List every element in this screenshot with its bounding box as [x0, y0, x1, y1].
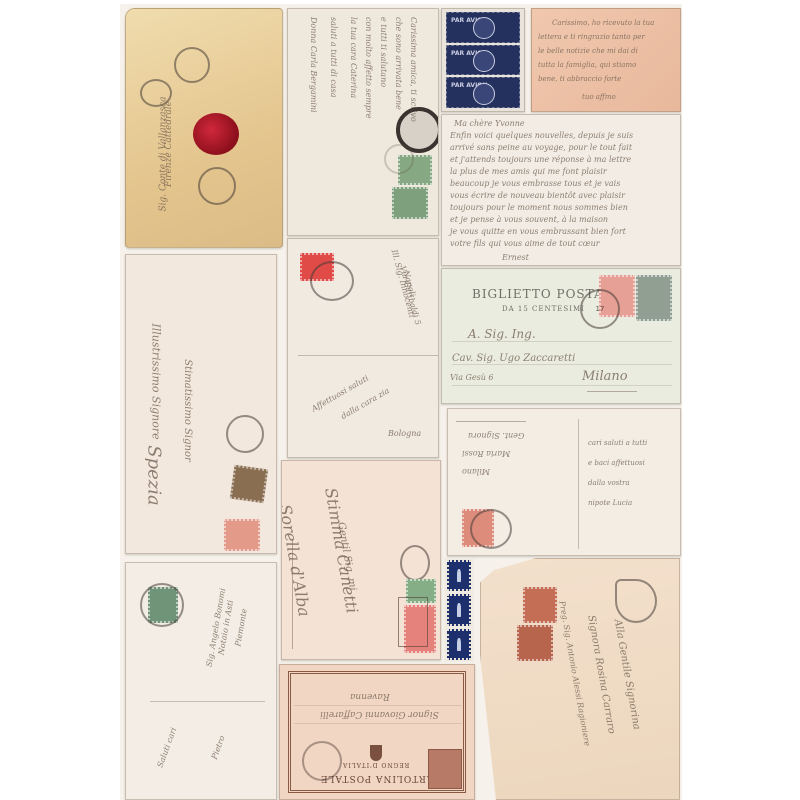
postcard-pink-stamp: Gent. Signora Maria Rossi Milano cari sa… — [447, 408, 681, 556]
card-subtitle: REGNO D'ITALIA — [342, 761, 409, 768]
orange-stamp — [517, 625, 553, 661]
handwriting: la plus de mes amis qui me font plaisir — [450, 167, 607, 176]
handwriting: Bologna — [388, 429, 421, 438]
handwriting: Ravenna — [350, 691, 390, 701]
brown-stamp — [428, 749, 462, 789]
handwriting: Alla Gentile Signorina — [612, 618, 642, 730]
address-line — [294, 723, 462, 724]
postmark — [400, 545, 430, 581]
handwriting: Milano — [462, 467, 490, 476]
blue-stamps-strip — [444, 558, 474, 662]
address-line — [452, 341, 672, 342]
globe-icon — [473, 17, 495, 39]
orange-stamp — [523, 587, 557, 623]
biglietto-postale: BIGLIETTO POSTALE DA 15 CENTESIMI 17 A. … — [441, 268, 681, 404]
handwritten-address: Stimatissimo Signor — [182, 359, 193, 462]
envelope-wax-seal: Sig. Conte di Vallanzasca Firenze Catted… — [125, 8, 283, 248]
card-divider — [298, 355, 438, 356]
postmark — [384, 144, 414, 174]
handwriting: Donna Carla Bergamini — [309, 17, 318, 113]
handwriting: Pietro — [210, 734, 227, 760]
handwriting: beaucoup je vous embrasse tous et je vai… — [450, 179, 620, 188]
handwriting: toujours pour le moment nous sommes bien — [450, 203, 628, 212]
card-divider — [578, 419, 579, 549]
handwriting: con molto affetto sempre — [364, 17, 373, 119]
blue-stamp — [447, 594, 471, 625]
blue-stamp — [447, 629, 471, 660]
handwriting: vous écrire de nouveau bientôt avec plai… — [450, 191, 625, 200]
address-line — [294, 705, 462, 706]
par-avion-label: PAR AVION — [446, 45, 520, 76]
coat-of-arms-icon — [370, 745, 382, 761]
handwriting: cari saluti a tutti — [588, 439, 647, 447]
card-divider — [150, 701, 265, 702]
brown-stamp — [230, 465, 268, 503]
postmark — [615, 579, 657, 623]
handwriting: Signor Giovanni Caffarelli — [320, 709, 439, 719]
address-line — [452, 364, 672, 365]
postmark — [198, 167, 236, 205]
address-line — [456, 421, 526, 422]
cancel-box — [398, 597, 428, 647]
globe-icon — [473, 50, 495, 72]
postmark — [470, 509, 512, 549]
postmark — [302, 741, 342, 781]
handwriting: Cav. Sig. Ugo Zaccaretti — [452, 353, 575, 364]
handwriting: e tutti ti salutano — [379, 17, 388, 87]
green-stamp — [636, 275, 672, 321]
handwriting: tutta la famiglia, qui stiamo — [538, 61, 636, 69]
envelope-orange-stamps: Preg. Sig. Antonio Alessi Ragioniere Sig… — [480, 558, 680, 800]
underline — [587, 391, 637, 392]
handwriting: Piemonte — [233, 608, 248, 647]
card-title: CARTOLINA POSTALE — [320, 773, 441, 783]
handwriting: et j'attends toujours une réponse à ma l… — [450, 155, 631, 164]
postcard-green-stamp: Sig. Angelo Bonomi Notaio in Asti Piemon… — [125, 562, 277, 800]
handwriting: Via Gesù 6 — [450, 373, 494, 382]
pink-postcard: Carissimo, ho ricevuto la tua lettera e … — [531, 8, 681, 112]
calligraphy-address: Sorella d'Alba — [281, 503, 314, 618]
handwriting: le belle notizie che mi dai di — [538, 47, 638, 55]
handwriting: lettera e ti ringrazio tanto per — [538, 33, 645, 41]
handwritten-address: Illustrissimo Signore — [150, 323, 163, 439]
postmark: 17 — [580, 289, 620, 329]
handwriting: tuo affmo — [582, 93, 616, 101]
postcard-red-stamp: Ill. Sig. Innocenti Via Garibaldi 5 Napo… — [287, 238, 439, 458]
handwritten-address: Firenze Cattedrale — [164, 101, 174, 187]
par-avion-label: PAR AVION — [446, 12, 520, 43]
cartolina-postale: CARTOLINA POSTALE REGNO D'ITALIA Signor … — [279, 664, 475, 800]
handwriting: nipote Lucia — [588, 499, 632, 507]
green-stamp — [392, 187, 428, 219]
postmark — [226, 415, 264, 453]
pink-stamp — [224, 519, 260, 551]
handwriting: votre fils qui vous aime de tout cœur — [450, 239, 600, 248]
underline — [292, 539, 293, 649]
par-avion-label: PAR AVION — [446, 77, 520, 108]
wax-seal-icon — [193, 113, 239, 155]
handwriting: bene, ti abbraccio forte — [538, 75, 621, 83]
envelope-brown-pink-stamps: Illustrissimo Signore Stimatissimo Signo… — [125, 254, 277, 554]
handwriting: je vous quitte en vous embrassant bien f… — [450, 227, 626, 236]
postmark — [174, 47, 210, 83]
handwriting: la tua cara Caterina — [349, 17, 358, 98]
handwriting: A. Sig. Ing. — [468, 327, 536, 341]
letter-salutation: Ma chère Yvonne — [454, 119, 525, 128]
collage-background: Sig. Conte di Vallanzasca Firenze Catted… — [120, 4, 682, 800]
envelope-green-red-stamps: Stimma Canetti Sorella d'Alba Gentil Sig… — [281, 460, 441, 660]
handwriting: arrivé sans peine au voyage, pour le tou… — [450, 143, 632, 152]
handwriting: Signora Rosina Carraro — [585, 614, 617, 734]
par-avion-labels: PAR AVION PAR AVION PAR AVION — [441, 8, 525, 112]
postmark — [140, 583, 184, 627]
handwriting: et je pense à vous souvent, à la maison — [450, 215, 608, 224]
blue-stamp — [447, 560, 471, 591]
handwriting: dalla vostra — [588, 479, 630, 487]
handwriting: Carissimo, ho ricevuto la tua — [552, 19, 654, 27]
card-subtitle: DA 15 CENTESIMI — [502, 305, 585, 313]
address-city: Milano — [582, 369, 628, 384]
handwriting: Enfin voici quelques nouvelles, depuis j… — [450, 131, 633, 140]
postcard-green-stamps: Carissima amica, ti scrivo che sono arri… — [287, 8, 439, 236]
handwriting: e baci affettuosi — [588, 459, 645, 467]
handwritten-address: Spezia — [144, 445, 165, 505]
handwritten-letter: Ma chère Yvonne Enfin voici quelques nou… — [441, 114, 681, 266]
handwriting: saluti a tutti di casa — [329, 17, 338, 97]
handwriting: Saluti cari — [156, 726, 179, 768]
globe-icon — [473, 83, 495, 105]
address-line — [452, 385, 672, 386]
handwriting: Ernest — [502, 253, 529, 262]
handwriting: Gent. Signora — [468, 431, 524, 440]
postmark — [310, 261, 354, 301]
handwriting: che sono arrivata bene — [394, 17, 403, 110]
handwriting: Maria Rossi — [462, 449, 510, 458]
